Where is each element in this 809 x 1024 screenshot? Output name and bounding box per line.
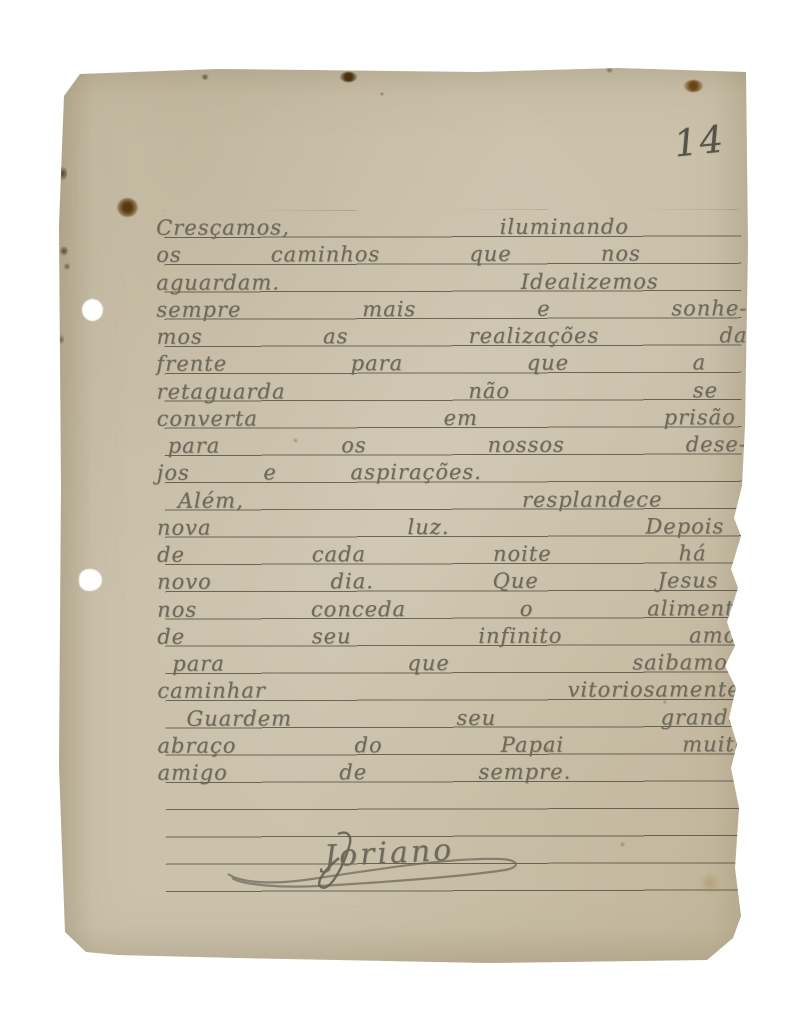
handwriting-line: Cresçamos, iluminando: [156, 214, 629, 242]
edge-stain: [58, 334, 64, 345]
handwriting-line: frente para que a: [156, 350, 706, 379]
handwriting-line: nos conceda o alimento: [157, 595, 748, 624]
foxing-speck: [380, 92, 384, 96]
punch-hole-top: [82, 299, 103, 321]
foxing-speck: [620, 842, 625, 847]
handwriting-line: sempre mais e sonhe-: [156, 295, 747, 324]
handwriting-line: jos e aspirações.: [157, 459, 482, 487]
handwriting-line: os caminhos que nos: [156, 241, 641, 270]
edge-stain: [58, 166, 67, 181]
handwriting-line: abraço do Papai muito: [157, 731, 748, 760]
ink-stain: [606, 67, 613, 73]
ink-stain: [340, 72, 357, 82]
foxing-speck: [545, 747, 550, 752]
punch-hole-bottom: [79, 569, 102, 591]
handwriting-line: mos as realizações da: [156, 322, 747, 351]
handwriting-line: retaguarda não se: [157, 377, 719, 406]
foxing-speck: [663, 700, 667, 704]
foxing-speck: [293, 438, 298, 443]
handwriting-line: de cada noite há: [157, 540, 707, 569]
handwriting-line: Além, resplandece: [178, 486, 663, 515]
page-number: 14: [672, 117, 727, 165]
handwriting-line: amigo de sempre.: [158, 759, 572, 787]
handwriting-line: de seu infinito amor: [157, 622, 748, 651]
scan-canvas: { "document": { "page_number": "14", "li…: [0, 0, 809, 1024]
letter-body: Cresçamos, iluminandoos caminhos que nos…: [156, 209, 749, 899]
letter-page: 14 Cresçamos, iluminandoos caminhos que …: [58, 66, 748, 964]
foxing-patch: [702, 872, 718, 894]
handwriting-line: para que saibamos: [172, 649, 739, 678]
signature-name: Joriano: [323, 833, 455, 875]
handwriting-line: nova luz. Depois: [157, 513, 724, 542]
handwriting-line: caminhar vitoriosamente.: [157, 676, 748, 705]
handwriting-line: novo dia. Que Jesus: [157, 568, 719, 597]
edge-stain: [64, 263, 70, 270]
handwriting-line: aguardam. Idealizemos: [156, 268, 658, 297]
signature-block: Joriano: [220, 830, 530, 894]
ink-stain: [201, 74, 209, 80]
ink-stain: [117, 198, 138, 217]
handwritten-lines: Cresçamos, iluminandoos caminhos que nos…: [156, 213, 748, 787]
handwriting-line: converta em prisão: [157, 404, 736, 433]
handwriting-line: para os nossos dese-: [168, 431, 747, 460]
handwriting-line: Guardem seu grande: [186, 704, 742, 733]
edge-stain: [60, 246, 68, 256]
ink-stain: [684, 80, 703, 92]
